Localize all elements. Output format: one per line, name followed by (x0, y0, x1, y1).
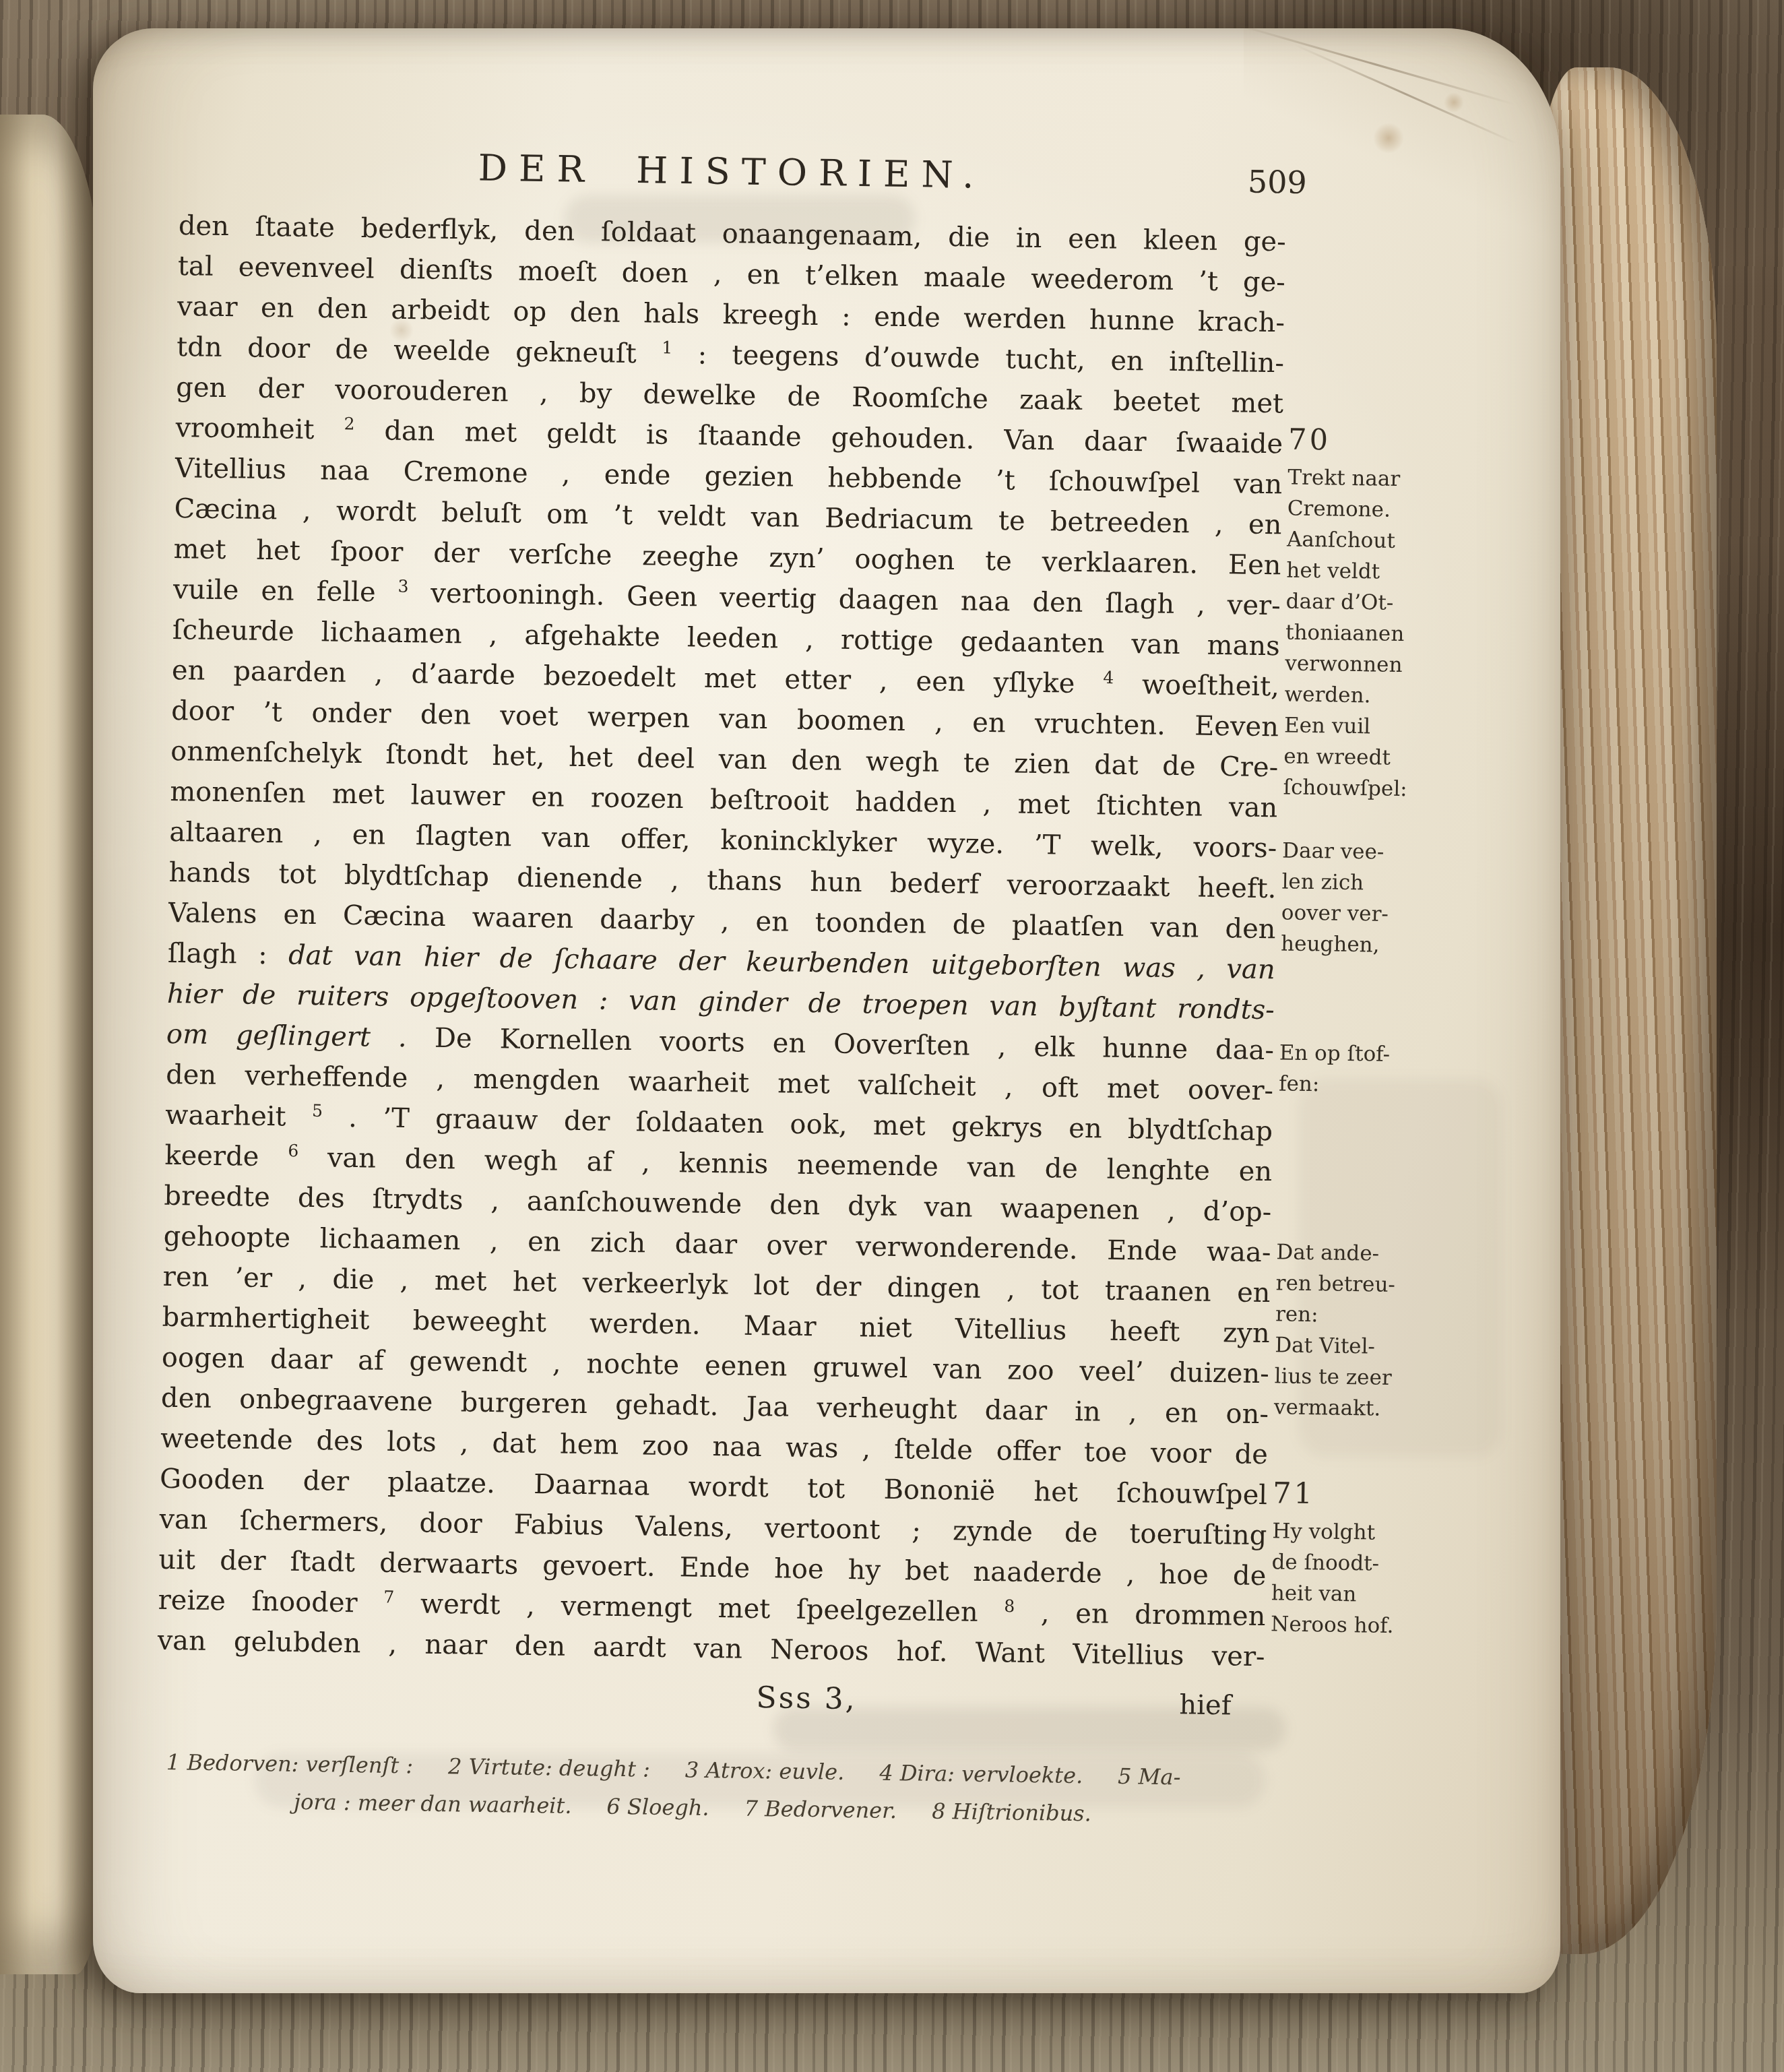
text-run: werdt , vermengt met ſpeelgezellen (394, 1588, 1005, 1628)
margin-note: Trekt naarCremone.Aanſchouthet veldtdaar… (1283, 462, 1543, 807)
text-run: reize ſnooder (158, 1585, 383, 1619)
margin-note-line: Hy volght (1272, 1515, 1529, 1550)
margin-note: Dat ande-ren betreu-ren: (1275, 1236, 1533, 1333)
margin-note-line: thoniaanen (1285, 617, 1542, 652)
book-page: DER HISTORIEN. 509 den ſtaate bederflyk,… (93, 28, 1560, 1993)
footnote-entry: 2 Virtute: deught : (448, 1747, 651, 1788)
book-fore-edge-pages (1536, 67, 1717, 1954)
footnote-reference: 1 (662, 338, 672, 357)
footnote-reference: 2 (344, 414, 354, 433)
text-run: vuile en felle (172, 574, 397, 608)
text-run: , en drommen (1015, 1598, 1266, 1633)
signature-mark: Sss 3, (756, 1681, 857, 1716)
margin-note-line: lius te zeer (1274, 1360, 1531, 1395)
footnote-entry: 4 Dira: vervloekte. (879, 1754, 1083, 1794)
footnote-reference: 3 (397, 577, 408, 596)
footnote-entry: 1 Bedorven: verſlenſt : (166, 1743, 414, 1784)
text-run: waarheit (165, 1100, 312, 1133)
margin-note-line: daar d’Ot- (1285, 586, 1542, 621)
footnote-entry: 3 Atrox: euvle. (684, 1751, 844, 1791)
section-number: 71 (1273, 1478, 1529, 1513)
margin-note-line: Dat Vitel- (1275, 1329, 1531, 1364)
margin-note: Dat Vitel-lius te zeervermaakt. (1274, 1329, 1531, 1426)
footnote-reference: 4 (1103, 668, 1114, 687)
text-run: woeſtheit, (1114, 669, 1279, 703)
margin-note-line: fen: (1279, 1068, 1535, 1103)
body-text: den ſtaate bederflyk, den ſoldaat onaang… (157, 206, 1286, 1677)
margin-note-line: ren betreu- (1275, 1267, 1532, 1302)
footnote-entry: 8 Hiſtrionibus. (932, 1792, 1092, 1833)
margin-note-line: ſchouwſpel: (1283, 772, 1539, 807)
margin-note-line: heit van (1271, 1577, 1528, 1612)
margin-note-line: Aanſchout (1287, 524, 1543, 559)
text-run: : teegens d’ouwde tucht, en inſtellin- (672, 339, 1284, 379)
text-run: tdn door de weelde gekneuſt (177, 332, 662, 370)
footnote-block: 1 Bedorven: verſlenſt :2 Virtute: deught… (166, 1743, 1352, 1836)
printed-text-layer: DER HISTORIEN. 509 den ſtaate bederflyk,… (65, 28, 1561, 2014)
margin-note-line: oover ver- (1281, 897, 1538, 932)
margin-note-line: en wreedt (1283, 741, 1540, 776)
text-run: keerde (164, 1140, 288, 1173)
margin-note-line: het veldt (1286, 555, 1543, 590)
text-run: vroomheit (175, 412, 344, 446)
margin-note-line: 70 (1288, 424, 1545, 459)
margin-note-line: verwonnen (1285, 648, 1541, 683)
margin-note-line: vermaakt. (1274, 1391, 1531, 1426)
photo-of-open-book: DER HISTORIEN. 509 den ſtaate bederflyk,… (0, 0, 1784, 2072)
margin-note-line: En op ſtof- (1279, 1037, 1535, 1072)
margin-note-line: Daar vee- (1282, 835, 1539, 870)
margin-note-line: Dat ande- (1276, 1236, 1533, 1272)
margin-note-line: len zich (1281, 866, 1538, 901)
margin-note: Daar vee-len zichoover ver-heughen, (1281, 835, 1539, 963)
margin-note-line: 71 (1273, 1478, 1529, 1513)
footnote-entry: 5 Ma- (1118, 1757, 1181, 1796)
margin-note-line: Een vuil (1284, 710, 1541, 745)
margin-note-line: de ſnoodt- (1271, 1546, 1528, 1581)
margin-note-line: Trekt naar (1287, 462, 1544, 497)
section-number: 70 (1288, 424, 1545, 459)
margin-note-line: Cremone. (1287, 493, 1543, 528)
footnote-reference: 6 (288, 1141, 298, 1160)
catchword: hief (1179, 1689, 1232, 1721)
text-run: om geſlingert . (166, 1019, 435, 1054)
margin-note-line: Neroos hof. (1271, 1608, 1527, 1643)
footnote-reference: 8 (1004, 1596, 1015, 1616)
footnote-reference: 5 (312, 1101, 323, 1121)
page-number: 509 (1248, 164, 1308, 201)
text-run: ſlagh : (167, 938, 288, 971)
margin-note-line: werden. (1284, 679, 1541, 714)
margin-note: En op ſtof-fen: (1279, 1037, 1535, 1103)
margin-note-line: heughen, (1281, 928, 1537, 963)
footnote-reference: 7 (383, 1587, 394, 1606)
footnote-entry: jora : meer dan waarheit. (294, 1783, 572, 1825)
running-title: DER HISTORIEN. (307, 144, 1157, 199)
footnote-entry: 6 Sloegh. (606, 1788, 709, 1827)
footnote-entry: 7 Bedorvener. (744, 1790, 897, 1829)
margin-note: Hy volghtde ſnoodt-heit vanNeroos hof. (1271, 1515, 1529, 1643)
margin-note-line: ren: (1275, 1298, 1532, 1333)
